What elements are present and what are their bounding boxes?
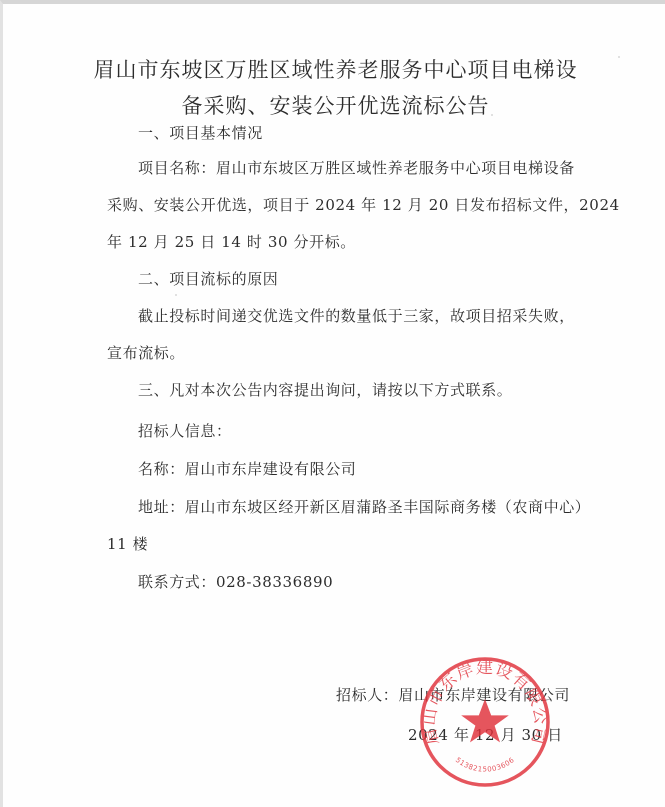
scan-speck	[491, 114, 493, 116]
title-line-1: 眉山市东坡区万胜区域性养老服务中心项目电梯设	[3, 54, 665, 84]
scan-speck	[175, 294, 177, 296]
title-line-2: 备采购、安装公开优选流标公告	[3, 90, 665, 120]
section-3-heading: 三、凡对本次公告内容提出询问，请按以下方式联系。	[138, 379, 608, 400]
tenderer-name: 名称：眉山市东岸建设有限公司	[138, 458, 608, 479]
section-2-heading: 二、项目流标的原因	[138, 268, 608, 289]
section-1-paragraph-line-1: 项目名称：眉山市东坡区万胜区域性养老服务中心项目电梯设备	[138, 157, 608, 178]
tenderer-address-line-1: 地址：眉山市东坡区经开新区眉蒲路圣丰国际商务楼（农商中心）	[138, 496, 608, 517]
tenderer-contact: 联系方式：028-38336890	[138, 571, 608, 592]
tenderer-info-label: 招标人信息：	[138, 420, 608, 441]
tenderer-address-line-2: 11 楼	[107, 533, 577, 554]
section-2-paragraph-line-2: 宣布流标。	[107, 342, 577, 363]
scan-speck	[618, 56, 620, 58]
signature-issuer: 招标人：眉山市东岸建设有限公司	[336, 684, 570, 705]
document-page: 眉山市东坡区万胜区域性养老服务中心项目电梯设 备采购、安装公开优选流标公告 一、…	[0, 0, 665, 807]
section-1-paragraph-line-2: 采购、安装公开优选，项目于 2024 年 12 月 20 日发布招标文件，202…	[107, 194, 577, 215]
seal-ring	[422, 659, 548, 785]
section-2-paragraph-line-1: 截止投标时间递交优选文件的数量低于三家，故项目招采失败，	[138, 305, 608, 326]
signature-date: 2024 年 12 月 30 日	[408, 724, 563, 745]
official-seal-stamp: 眉山市东岸建设有限公司 5138215003606	[418, 655, 552, 789]
seal-code: 5138215003606	[454, 756, 516, 774]
scan-speck	[232, 100, 234, 102]
section-1-heading: 一、项目基本情况	[138, 122, 608, 143]
section-1-paragraph-line-3: 年 12 月 25 日 14 时 30 分开标。	[107, 231, 577, 252]
